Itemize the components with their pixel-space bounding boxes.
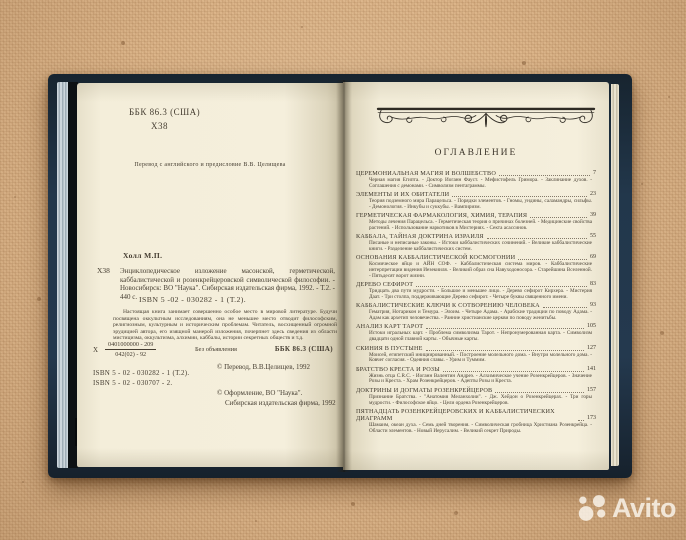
- formula-bbk: ББК 86.3 (США): [275, 345, 333, 353]
- toc-entry: АНАЛИЗ КАРТ ТАРОТ 105 Истоки игральных к…: [356, 323, 596, 343]
- isbn-line-2: ISBN 5 - 02 - 030707 - 2.: [93, 379, 172, 387]
- avito-wordmark: Avito: [612, 493, 676, 524]
- toc-heading: ОГЛАВЛЕНИЕ: [343, 148, 609, 158]
- page-edges-left: [57, 82, 68, 468]
- copyright-publisher: Сибирская издательская фирма, 1992: [225, 399, 336, 407]
- formula-denominator: 042(02) - 92: [105, 350, 156, 358]
- formula-fraction: 0401000000 - 209 042(02) - 92: [105, 341, 156, 358]
- toc-description: Писаные и неписаные законы. - Истоки каб…: [356, 241, 596, 253]
- annotation-paragraph: Настоящая книга занимает совершенно особ…: [113, 309, 337, 342]
- toc-title-row: ПЯТНАДЦАТЬ РОЗЕНКРЕЙЦЕРОВСКИХ И КАББАЛИС…: [356, 408, 596, 423]
- author-name: Холл М.П.: [123, 251, 162, 260]
- toc-description: Шамаим, океан духа. - Семь дней творения…: [356, 423, 596, 435]
- left-page: ББК 86.3 (США) Х38 Перевод с английского…: [77, 83, 343, 467]
- toc-entry: ГЕРМЕТИЧЕСКАЯ ФАРМАКОЛОГИЯ, ХИМИЯ, ТЕРАП…: [356, 212, 596, 232]
- avito-logo-icon: [576, 491, 609, 525]
- toc-dot-leader: [452, 196, 587, 197]
- toc-description: Признание Братства. - "Анатомия Меланхол…: [356, 395, 596, 407]
- toc-description: Черная магия Египта. - Доктор Иоганн Фау…: [356, 178, 596, 190]
- toc-page-number: 127: [587, 345, 596, 353]
- copyright-translation: © Перевод, В.В.Целищев, 1992: [217, 363, 310, 371]
- toc-page-number: 7: [593, 170, 596, 178]
- toc-title: СКИНИЯ В ПУСТЫНЕ: [356, 345, 423, 353]
- bbk-classification: ББК 86.3 (США): [129, 107, 200, 117]
- catalog-formula: Х 0401000000 - 209 042(02) - 92 Без объя…: [93, 341, 337, 361]
- open-book: ББК 86.3 (США) Х38 Перевод с английского…: [48, 74, 632, 478]
- toc-entry: ДЕРЕВО СЕФИРОТ 83 Тридцать два пути мудр…: [356, 281, 596, 301]
- toc-dot-leader: [426, 350, 584, 351]
- author-index-code: Х38: [151, 121, 168, 131]
- photo-scene: ББК 86.3 (США) Х38 Перевод с английского…: [0, 0, 686, 540]
- toc-entry: СКИНИЯ В ПУСТЫНЕ 127 Моисей, египетский …: [356, 345, 596, 365]
- avito-watermark: Avito: [576, 491, 676, 525]
- right-page: ОГЛАВЛЕНИЕ ЦЕРЕМОНИАЛЬНАЯ МАГИЯ И ВОЛШЕБ…: [343, 82, 609, 470]
- toc-entry: КАББАЛИСТИЧЕСКИЕ КЛЮЧИ К СОТВОРЕНИЮ ЧЕЛО…: [356, 302, 596, 322]
- formula-note: Без объявления: [195, 346, 237, 353]
- toc-dot-leader: [499, 175, 590, 176]
- isbn-line-1: ISBN 5 - 02 - 030282 - 1 (Т.2).: [93, 369, 189, 377]
- ornament-flourish-icon: [375, 104, 597, 131]
- formula-numerator: 0401000000 - 209: [105, 341, 156, 350]
- toc-dot-leader: [443, 371, 584, 372]
- toc-entry: ОСНОВАНИЯ КАББАЛИСТИЧЕСКОЙ КОСМОГОНИИ 69…: [356, 254, 596, 279]
- toc-description: Тридцать два пути мудрости. - Большое и …: [356, 289, 596, 301]
- copyright-design: © Оформление, ВО "Наука".: [217, 389, 302, 397]
- toc-description: Истоки игральных карт. - Проблема символ…: [356, 331, 596, 343]
- toc-description: Космическое яйцо и АЙН СОФ. - Каббалисти…: [356, 262, 596, 279]
- toc-description: Теория подземного мира Парацельса. - Пор…: [356, 199, 596, 211]
- toc-title: ПЯТНАДЦАТЬ РОЗЕНКРЕЙЦЕРОВСКИХ И КАББАЛИС…: [356, 408, 575, 423]
- toc-description: Моисей, египетский инициированный. - Пос…: [356, 353, 596, 365]
- toc-title-row: СКИНИЯ В ПУСТЫНЕ 127: [356, 345, 596, 353]
- translator-line: Перевод с английского и предисловие В.В.…: [107, 162, 313, 168]
- toc-description: Методы лечения Парацельса. - Герметическ…: [356, 220, 596, 232]
- toc-description: Жизнь отца C.R.C. - Иоганн Валентин Андр…: [356, 374, 596, 386]
- toc-description: Гематрия, Нотарикон и Темура. - Элоим. -…: [356, 310, 596, 322]
- formula-prefix: Х: [93, 346, 98, 354]
- isbn-entry-line: ISBN 5 -02 - 030282 - 1 (Т.2).: [139, 295, 246, 304]
- toc-entry: КАББАЛА, ТАЙНАЯ ДОКТРИНА ИЗРАИЛЯ 55 Писа…: [356, 233, 596, 253]
- toc-entry: ДОКТРИНЫ И ДОГМАТЫ РОЗЕНКРЕЙЦЕРОВ 157 Пр…: [356, 387, 596, 407]
- toc-dot-leader: [495, 392, 584, 393]
- entry-index-code: Х38: [97, 267, 110, 276]
- toc-list: ЦЕРЕМОНИАЛЬНАЯ МАГИЯ И ВОЛШЕБСТВО 7 Черн…: [356, 170, 596, 436]
- toc-entry: ПЯТНАДЦАТЬ РОЗЕНКРЕЙЦЕРОВСКИХ И КАББАЛИС…: [356, 408, 596, 435]
- toc-entry: ЭЛЕМЕНТЫ И ИХ ОБИТАТЕЛИ 23 Теория подзем…: [356, 191, 596, 211]
- toc-entry: БРАТСТВО КРЕСТА И РОЗЫ 141 Жизнь отца C.…: [356, 366, 596, 386]
- page-edges-right: [611, 84, 619, 466]
- toc-entry: ЦЕРЕМОНИАЛЬНАЯ МАГИЯ И ВОЛШЕБСТВО 7 Черн…: [356, 170, 596, 190]
